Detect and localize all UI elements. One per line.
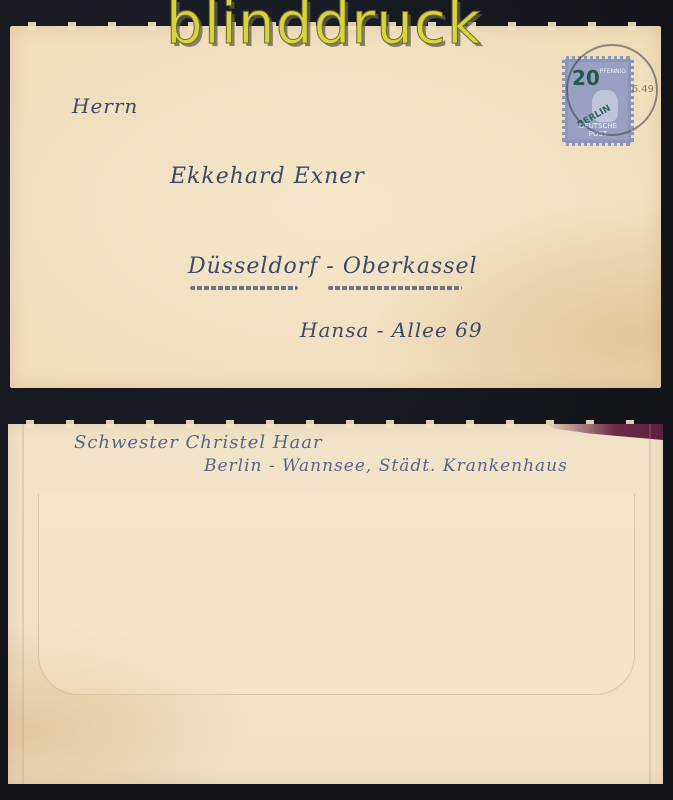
sender-line-1: Schwester Christel Haar [74,432,323,453]
purple-stain [543,424,663,440]
city-underline [190,286,298,290]
recipient-street-text: Hansa - Allee 69 [300,318,483,342]
sender-line-2: Berlin - Wannsee, Städt. Krankenhaus [204,456,568,476]
envelope-flap [38,494,635,695]
watermark-text: blinddruck [166,0,482,52]
left-fold [22,424,24,784]
district-underline [328,286,462,290]
postmark-date: 6.49 [632,84,654,95]
envelope-back: Schwester Christel Haar Berlin - Wannsee… [8,424,663,784]
salutation-text: Herrn [72,94,138,118]
recipient-name-text: Ekkehard Exner [170,164,365,189]
recipient-city-text: Düsseldorf - Oberkassel [188,254,478,279]
postmark-circle: 6.49 [566,44,658,136]
right-fold [649,424,651,784]
